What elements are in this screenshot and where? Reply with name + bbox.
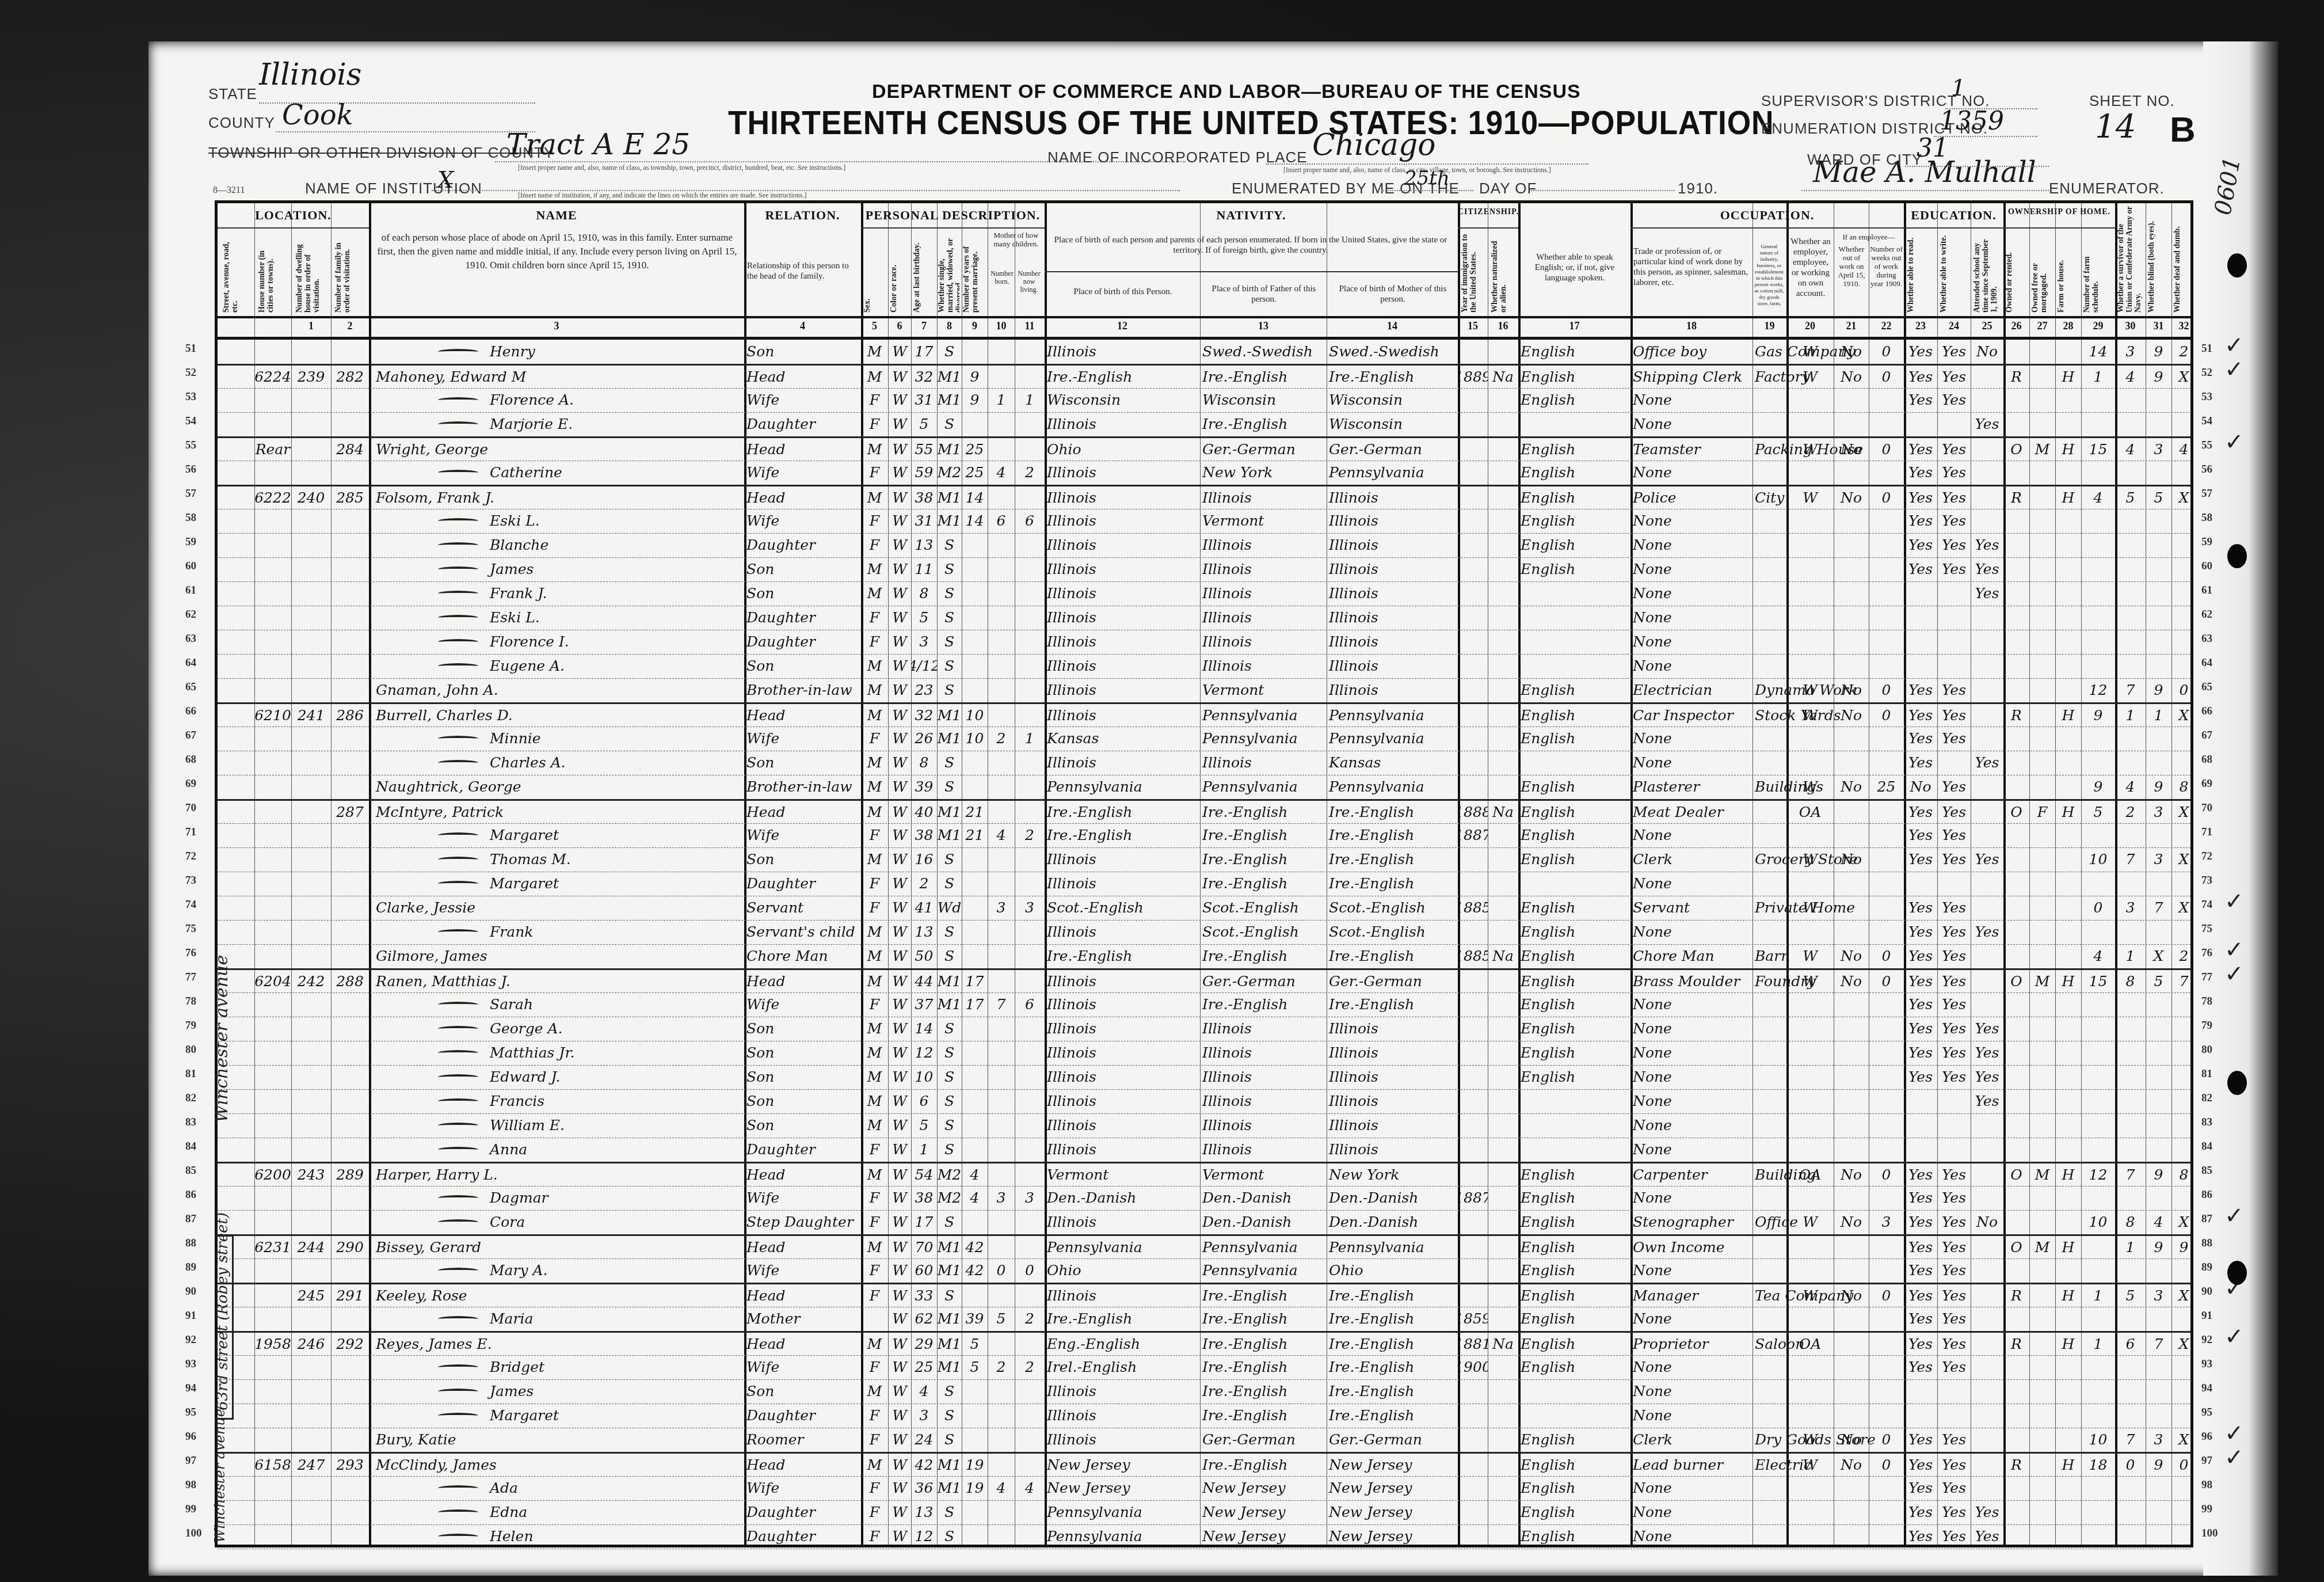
cell-living bbox=[1015, 1065, 1045, 1089]
cell-weeks: 0 bbox=[1869, 438, 1904, 461]
cell-c31 bbox=[2146, 533, 2171, 557]
cell-trade: None bbox=[1630, 920, 1752, 944]
cell-marital: S bbox=[937, 1089, 962, 1113]
cell-dwelling bbox=[291, 557, 331, 581]
cell-nat bbox=[1488, 1379, 1518, 1404]
cell-read: Yes bbox=[1904, 1333, 1937, 1355]
cell-house bbox=[254, 872, 291, 896]
ditto-mark bbox=[438, 397, 478, 403]
cell-trade: Teamster bbox=[1630, 438, 1752, 461]
line-number: 62 bbox=[2201, 609, 2212, 621]
cell-write: Yes bbox=[1937, 944, 1971, 968]
cell-trade: None bbox=[1630, 461, 1752, 485]
cell-family bbox=[331, 678, 369, 702]
cell-sched bbox=[2081, 1138, 2115, 1162]
cell-age: 32 bbox=[911, 366, 937, 388]
cell-sex: M bbox=[861, 581, 888, 606]
desc-house: House number (in cities or towns). bbox=[258, 232, 288, 313]
cell-age: 40 bbox=[911, 801, 937, 823]
cell-farm: H bbox=[2055, 1284, 2081, 1307]
person-name: James bbox=[490, 1383, 534, 1400]
cell-farm bbox=[2055, 1065, 2081, 1089]
cell-own bbox=[2003, 412, 2029, 436]
enumerator-label: Enumerator. bbox=[2049, 180, 2165, 197]
cell-name: Catherine bbox=[369, 461, 744, 485]
cell-own bbox=[2003, 1186, 2029, 1210]
cell-emp bbox=[1786, 727, 1834, 751]
cell-trade: Chore Man bbox=[1630, 944, 1752, 968]
cell-c32: 8 bbox=[2171, 775, 2196, 799]
cell-living bbox=[1015, 1163, 1045, 1186]
desc-mother-of: Mother of how many children. bbox=[989, 231, 1043, 265]
cell-c31 bbox=[2146, 920, 2171, 944]
cell-immig bbox=[1458, 533, 1488, 557]
cell-c32: X bbox=[2171, 366, 2196, 388]
cell-nat bbox=[1488, 1138, 1518, 1162]
cell-pob-father: New York bbox=[1200, 461, 1327, 485]
cell-dwelling: 245 bbox=[291, 1284, 331, 1307]
cell-c30: 3 bbox=[2115, 340, 2146, 364]
person-name: Margaret bbox=[490, 827, 559, 843]
cell-weeks bbox=[1869, 1379, 1904, 1404]
cell-farm bbox=[2055, 630, 2081, 654]
cell-trade: None bbox=[1630, 1041, 1752, 1065]
cell-c30 bbox=[2115, 1524, 2146, 1549]
cell-family bbox=[331, 654, 369, 678]
cell-relation: Wife bbox=[744, 388, 861, 412]
cell-born bbox=[988, 366, 1015, 388]
person-name: Anna bbox=[490, 1141, 527, 1158]
cell-name: Charles A. bbox=[369, 751, 744, 775]
cell-pob-mother: Illinois bbox=[1327, 654, 1458, 678]
desc-farm-schedule: Number of farm schedule. bbox=[2083, 232, 2114, 313]
cell-marital: M1 bbox=[937, 366, 962, 388]
line-number: 73 bbox=[2201, 874, 2212, 887]
cell-farm bbox=[2055, 1476, 2081, 1500]
cell-sched bbox=[2081, 606, 2115, 630]
cell-lang: English bbox=[1518, 1524, 1630, 1549]
table-row: 6224239282Mahoney, Edward MHeadMW32M19Ir… bbox=[218, 364, 2190, 389]
ditto-mark bbox=[438, 1268, 478, 1273]
cell-emp bbox=[1786, 509, 1834, 533]
cell-weeks bbox=[1869, 1258, 1904, 1283]
cell-trade: None bbox=[1630, 1258, 1752, 1283]
cell-dwelling bbox=[291, 509, 331, 533]
cell-emp bbox=[1786, 872, 1834, 896]
cell-living bbox=[1015, 751, 1045, 775]
cell-free bbox=[2029, 388, 2055, 412]
cell-emp: W bbox=[1786, 1454, 1834, 1476]
cell-pob-father: Ger.-German bbox=[1200, 970, 1327, 992]
cell-sched: 0 bbox=[2081, 896, 2115, 920]
cell-born: 5 bbox=[988, 1307, 1015, 1331]
cell-pob-mother: Ire.-English bbox=[1327, 823, 1458, 847]
cell-pob-mother: Ire.-English bbox=[1327, 1333, 1458, 1355]
cell-pob-father: Ire.-English bbox=[1200, 1333, 1327, 1355]
line-number: 54 bbox=[2201, 415, 2212, 428]
cell-age: 17 bbox=[911, 1210, 937, 1234]
cell-school bbox=[1971, 1284, 2003, 1307]
desc-dwelling: Number of dwelling house in order of vis… bbox=[295, 232, 329, 313]
cell-pob-mother: Illinois bbox=[1327, 533, 1458, 557]
cell-free bbox=[2029, 1476, 2055, 1500]
cell-farm bbox=[2055, 340, 2081, 364]
cell-c32 bbox=[2171, 727, 2196, 751]
cell-race: W bbox=[888, 847, 911, 872]
cell-emp bbox=[1786, 823, 1834, 847]
cell-relation: Head bbox=[744, 1333, 861, 1355]
cell-immig bbox=[1458, 970, 1488, 992]
cell-house bbox=[254, 944, 291, 968]
cell-family: 288 bbox=[331, 970, 369, 992]
cell-sex: M bbox=[861, 1163, 888, 1186]
cell-pob-father: Vermont bbox=[1200, 678, 1327, 702]
cell-sched bbox=[2081, 1404, 2115, 1428]
cell-age: 37 bbox=[911, 992, 937, 1017]
cell-relation: Wife bbox=[744, 1258, 861, 1283]
cell-out-work bbox=[1834, 1138, 1869, 1162]
cell-out-work: No bbox=[1834, 847, 1869, 872]
cell-weeks bbox=[1869, 388, 1904, 412]
cell-born bbox=[988, 775, 1015, 799]
cell-marital: M1 bbox=[937, 388, 962, 412]
cell-c31: X bbox=[2146, 944, 2171, 968]
cell-pob: Illinois bbox=[1045, 872, 1200, 896]
cell-trade: None bbox=[1630, 727, 1752, 751]
cell-write: Yes bbox=[1937, 704, 1971, 727]
cell-emp: W bbox=[1786, 775, 1834, 799]
column-number: 1 bbox=[291, 320, 331, 332]
cell-school bbox=[1971, 438, 2003, 461]
cell-c31 bbox=[2146, 751, 2171, 775]
cell-immig bbox=[1458, 992, 1488, 1017]
cell-c30 bbox=[2115, 412, 2146, 436]
cell-c31: 3 bbox=[2146, 438, 2171, 461]
line-number: 83 bbox=[185, 1116, 196, 1129]
cell-family: 284 bbox=[331, 438, 369, 461]
cell-sex: F bbox=[861, 872, 888, 896]
cell-years-married: 25 bbox=[962, 461, 988, 485]
cell-emp: W bbox=[1786, 970, 1834, 992]
cell-sched bbox=[2081, 630, 2115, 654]
cell-pob-mother: Ire.-English bbox=[1327, 944, 1458, 968]
cell-marital: S bbox=[937, 847, 962, 872]
line-number: 55 bbox=[185, 439, 196, 452]
table-row: JamesSonMW4SIllinoisIre.-EnglishIre.-Eng… bbox=[218, 1379, 2190, 1404]
cell-age: 42 bbox=[911, 1454, 937, 1476]
desc-weeks-out: Number of weeks out of work during year … bbox=[1870, 245, 1903, 317]
cell-years-married bbox=[962, 751, 988, 775]
cell-sched: 18 bbox=[2081, 1454, 2115, 1476]
cell-c31 bbox=[2146, 727, 2171, 751]
cell-name: Wright, George bbox=[369, 438, 744, 461]
cell-name: Henry bbox=[369, 340, 744, 364]
cell-name: McClindy, James bbox=[369, 1454, 744, 1476]
ditto-mark bbox=[438, 929, 478, 935]
cell-emp bbox=[1786, 1089, 1834, 1113]
cell-born: 3 bbox=[988, 1186, 1015, 1210]
cell-read: Yes bbox=[1904, 970, 1937, 992]
person-name: Ada bbox=[490, 1480, 518, 1496]
column-number: 25 bbox=[1971, 320, 2003, 332]
cell-farm bbox=[2055, 461, 2081, 485]
cell-pob: Ire.-English bbox=[1045, 366, 1200, 388]
cell-sex: F bbox=[861, 388, 888, 412]
cell-weeks: 0 bbox=[1869, 340, 1904, 364]
cell-years-married: 14 bbox=[962, 509, 988, 533]
cell-lang: English bbox=[1518, 1163, 1630, 1186]
check-mark-icon: ✓ bbox=[2224, 1444, 2244, 1471]
cell-farm bbox=[2055, 1524, 2081, 1549]
cell-years-married: 21 bbox=[962, 801, 988, 823]
cell-house bbox=[254, 801, 291, 823]
cell-name: Ranen, Matthias J. bbox=[369, 970, 744, 992]
enum-district-rule bbox=[1934, 136, 2037, 137]
cell-farm bbox=[2055, 944, 2081, 968]
cell-nat bbox=[1488, 438, 1518, 461]
cell-write bbox=[1937, 630, 1971, 654]
cell-relation: Wife bbox=[744, 1355, 861, 1379]
cell-nat bbox=[1488, 388, 1518, 412]
cell-nat bbox=[1488, 1524, 1518, 1549]
cell-sched bbox=[2081, 557, 2115, 581]
cell-nat bbox=[1488, 751, 1518, 775]
cell-c31 bbox=[2146, 1065, 2171, 1089]
margin-note-winchester-avenue: Winchester avenue bbox=[212, 800, 232, 1123]
column-number: 11 bbox=[1015, 320, 1045, 332]
cell-age: 6 bbox=[911, 1089, 937, 1113]
cell-family bbox=[331, 1524, 369, 1549]
cell-name: Florence I. bbox=[369, 630, 744, 654]
cell-nat bbox=[1488, 872, 1518, 896]
cell-out-work bbox=[1834, 872, 1869, 896]
cell-street bbox=[218, 412, 254, 436]
column-number: 28 bbox=[2055, 320, 2081, 332]
cell-years-married bbox=[962, 775, 988, 799]
cell-street bbox=[218, 654, 254, 678]
cell-c31 bbox=[2146, 509, 2171, 533]
person-name: Edward J. bbox=[490, 1068, 561, 1085]
cell-living bbox=[1015, 1379, 1045, 1404]
cell-living bbox=[1015, 801, 1045, 823]
table-row: Matthias Jr.SonMW12SIllinoisIllinoisIlli… bbox=[218, 1041, 2190, 1066]
cell-read: Yes bbox=[1904, 1236, 1937, 1258]
cell-sched: 15 bbox=[2081, 970, 2115, 992]
cell-house bbox=[254, 992, 291, 1017]
cell-own: O bbox=[2003, 970, 2029, 992]
cell-farm bbox=[2055, 775, 2081, 799]
cell-out-work bbox=[1834, 920, 1869, 944]
cell-immig bbox=[1458, 1258, 1488, 1283]
cell-c31 bbox=[2146, 1355, 2171, 1379]
desc-write: Whether able to write. bbox=[1940, 232, 1968, 313]
cell-weeks bbox=[1869, 1017, 1904, 1041]
cell-out-work bbox=[1834, 533, 1869, 557]
cell-name: Sarah bbox=[369, 992, 744, 1017]
cell-emp: W bbox=[1786, 1284, 1834, 1307]
cell-nat bbox=[1488, 775, 1518, 799]
cell-nat bbox=[1488, 1476, 1518, 1500]
cell-c30 bbox=[2115, 533, 2146, 557]
ditto-mark bbox=[438, 518, 478, 524]
cell-school: Yes bbox=[1971, 920, 2003, 944]
cell-emp: W bbox=[1786, 366, 1834, 388]
cell-born: 7 bbox=[988, 992, 1015, 1017]
cell-family bbox=[331, 775, 369, 799]
cell-name: James bbox=[369, 557, 744, 581]
cell-lang: English bbox=[1518, 1428, 1630, 1452]
cell-write: Yes bbox=[1937, 438, 1971, 461]
cell-family bbox=[331, 920, 369, 944]
cell-c31 bbox=[2146, 1017, 2171, 1041]
cell-c31 bbox=[2146, 1041, 2171, 1065]
cell-c30: 4 bbox=[2115, 438, 2146, 461]
cell-write: Yes bbox=[1937, 1476, 1971, 1500]
cell-read bbox=[1904, 1404, 1937, 1428]
cell-free bbox=[2029, 872, 2055, 896]
cell-race: W bbox=[888, 1017, 911, 1041]
cell-free bbox=[2029, 1404, 2055, 1428]
cell-trade: None bbox=[1630, 533, 1752, 557]
cell-write: Yes bbox=[1937, 388, 1971, 412]
cell-immig bbox=[1458, 581, 1488, 606]
cell-pob-mother: Ohio bbox=[1327, 1258, 1458, 1283]
cell-pob-father: Pennsylvania bbox=[1200, 1236, 1327, 1258]
cell-farm bbox=[2055, 412, 2081, 436]
cell-years-married: 14 bbox=[962, 486, 988, 509]
cell-c31 bbox=[2146, 581, 2171, 606]
enumerated-day: 25th bbox=[1404, 167, 1450, 190]
cell-read: Yes bbox=[1904, 1041, 1937, 1065]
cell-trade: None bbox=[1630, 388, 1752, 412]
cell-weeks: 0 bbox=[1869, 678, 1904, 702]
line-number: 65 bbox=[2201, 681, 2212, 694]
cell-living bbox=[1015, 1041, 1045, 1065]
cell-years-married bbox=[962, 944, 988, 968]
cell-marital: M1 bbox=[937, 509, 962, 533]
cell-farm bbox=[2055, 1500, 2081, 1524]
table-row: 6204242288Ranen, Matthias J.HeadMW44M117… bbox=[218, 968, 2190, 993]
cell-sched: 1 bbox=[2081, 1284, 2115, 1307]
cell-emp bbox=[1786, 388, 1834, 412]
cell-pob: Illinois bbox=[1045, 412, 1200, 436]
cell-nat bbox=[1488, 1163, 1518, 1186]
cell-sched: 10 bbox=[2081, 1428, 2115, 1452]
line-number: 84 bbox=[185, 1140, 196, 1153]
cell-nat bbox=[1488, 1236, 1518, 1258]
cell-name: Anna bbox=[369, 1138, 744, 1162]
cell-age: 13 bbox=[911, 533, 937, 557]
cell-nat: Na bbox=[1488, 366, 1518, 388]
cell-read: Yes bbox=[1904, 1307, 1937, 1331]
cell-weeks: 0 bbox=[1869, 1163, 1904, 1186]
cell-pob-father: Illinois bbox=[1200, 1017, 1327, 1041]
cell-house bbox=[254, 581, 291, 606]
cell-relation: Brother-in-law bbox=[744, 775, 861, 799]
cell-pob: Illinois bbox=[1045, 704, 1200, 727]
cell-immig bbox=[1458, 1065, 1488, 1089]
cell-race: W bbox=[888, 727, 911, 751]
cell-emp bbox=[1786, 1138, 1834, 1162]
cell-c31: 9 bbox=[2146, 1236, 2171, 1258]
cell-name: Margaret bbox=[369, 1404, 744, 1428]
cell-immig: 1885 bbox=[1458, 944, 1488, 968]
cell-dwelling bbox=[291, 727, 331, 751]
cell-c31: 4 bbox=[2146, 1210, 2171, 1234]
line-number: 88 bbox=[185, 1237, 196, 1250]
cell-write: Yes bbox=[1937, 1500, 1971, 1524]
line-number: 72 bbox=[185, 850, 196, 863]
cell-read: Yes bbox=[1904, 1163, 1937, 1186]
line-number: 100 bbox=[185, 1527, 202, 1540]
cell-farm: H bbox=[2055, 1236, 2081, 1258]
line-number: 97 bbox=[2201, 1455, 2212, 1467]
cell-c32: 0 bbox=[2171, 678, 2196, 702]
cell-c31 bbox=[2146, 1500, 2171, 1524]
cell-free bbox=[2029, 557, 2055, 581]
cell-race: W bbox=[888, 581, 911, 606]
table-row: Edward J.SonMW10SIllinoisIllinoisIllinoi… bbox=[218, 1065, 2190, 1090]
cell-out-work bbox=[1834, 1500, 1869, 1524]
cell-school bbox=[1971, 823, 2003, 847]
cell-dwelling bbox=[291, 1404, 331, 1428]
cell-born bbox=[988, 872, 1015, 896]
cell-name: Helen bbox=[369, 1524, 744, 1549]
cell-read: Yes bbox=[1904, 944, 1937, 968]
group-nativity: Nativity. bbox=[1045, 208, 1458, 223]
cell-house bbox=[254, 606, 291, 630]
cell-c30 bbox=[2115, 823, 2146, 847]
cell-write: Yes bbox=[1937, 1428, 1971, 1452]
cell-pob-father: Ger.-German bbox=[1200, 438, 1327, 461]
cell-pob-father: Ire.-English bbox=[1200, 944, 1327, 968]
cell-race: W bbox=[888, 872, 911, 896]
cell-trade: None bbox=[1630, 1500, 1752, 1524]
cell-out-work bbox=[1834, 1333, 1869, 1355]
cell-immig: 1889 bbox=[1458, 366, 1488, 388]
cell-free bbox=[2029, 678, 2055, 702]
cell-school: Yes bbox=[1971, 533, 2003, 557]
cell-weeks bbox=[1869, 461, 1904, 485]
cell-lang bbox=[1518, 1138, 1630, 1162]
state-value: Illinois bbox=[259, 58, 362, 92]
cell-weeks bbox=[1869, 654, 1904, 678]
cell-nat bbox=[1488, 557, 1518, 581]
cell-house bbox=[254, 1404, 291, 1428]
table-row: Gnaman, John A.Brother-in-lawMW23SIllino… bbox=[218, 678, 2190, 703]
cell-lang: English bbox=[1518, 704, 1630, 727]
census-table: Location. Name Relation. Personal Descri… bbox=[215, 200, 2193, 1547]
cell-out-work: No bbox=[1834, 486, 1869, 509]
cell-free bbox=[2029, 944, 2055, 968]
cell-born: 4 bbox=[988, 823, 1015, 847]
cell-living bbox=[1015, 1524, 1045, 1549]
cell-write: Yes bbox=[1937, 1524, 1971, 1549]
cell-c30 bbox=[2115, 1476, 2146, 1500]
cell-dwelling bbox=[291, 944, 331, 968]
cell-living bbox=[1015, 606, 1045, 630]
line-number: 71 bbox=[185, 826, 196, 839]
cell-pob-mother: New Jersey bbox=[1327, 1476, 1458, 1500]
cell-c32: 9 bbox=[2171, 1236, 2196, 1258]
cell-dwelling bbox=[291, 438, 331, 461]
township-label: Township or other division of county bbox=[208, 144, 554, 162]
cell-name: Reyes, James E. bbox=[369, 1333, 744, 1355]
cell-out-work bbox=[1834, 727, 1869, 751]
cell-sched bbox=[2081, 872, 2115, 896]
ditto-mark bbox=[438, 639, 478, 645]
cell-school: Yes bbox=[1971, 847, 2003, 872]
